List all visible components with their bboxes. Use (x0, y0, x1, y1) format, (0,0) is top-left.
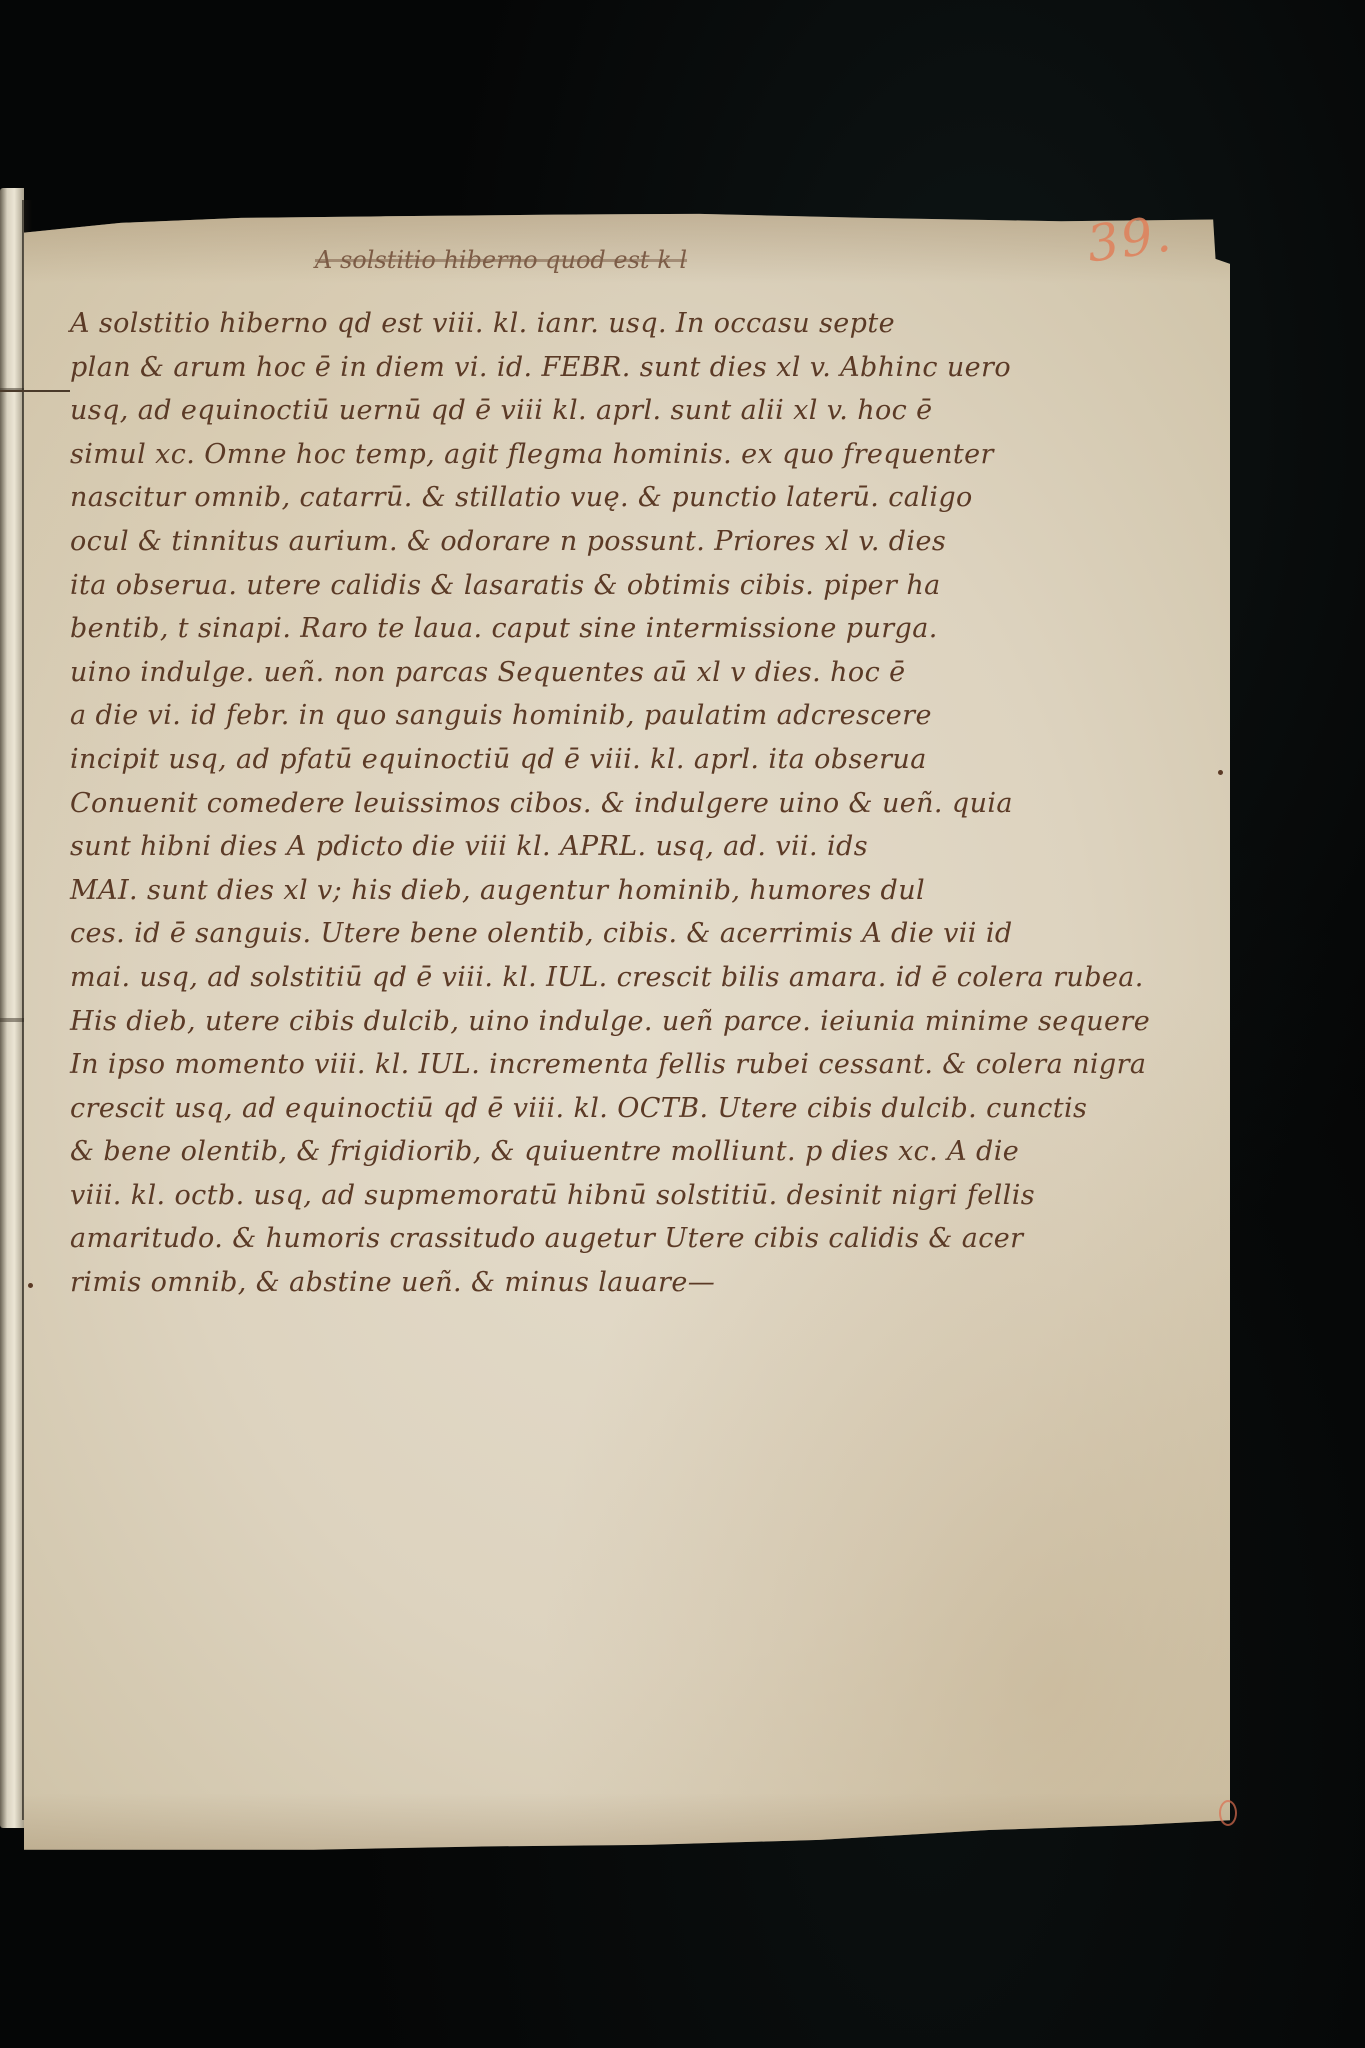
text-line: a die vi. id febr. in quo sanguis homini… (70, 694, 1210, 738)
margin-line-marker (0, 390, 70, 392)
text-line: bentib, t sinapi. Raro te laua. caput si… (70, 607, 1210, 651)
text-line: ces. id ē sanguis. Utere bene olentib, c… (70, 912, 1210, 956)
manuscript-text: A solstitio hiberno qd est viii. kl. ian… (70, 302, 1210, 1305)
text-line: rimis omnib, & abstine ueñ. & minus laua… (70, 1261, 1210, 1305)
text-line: A solstitio hiberno qd est viii. kl. ian… (70, 302, 1210, 346)
text-line: nascitur omnib, catarrū. & stillatio vuę… (70, 476, 1210, 520)
text-line: mai. usq, ad solstitiū qd ē viii. kl. IU… (70, 956, 1210, 1000)
text-line: Conuenit comedere leuissimos cibos. & in… (70, 782, 1210, 826)
text-line: simul xc. Omne hoc temp, agit flegma hom… (70, 433, 1210, 477)
text-line: incipit usq, ad pfatū equinoctiū qd ē vi… (70, 738, 1210, 782)
text-line: amaritudo. & humoris crassitudo augetur … (70, 1217, 1210, 1261)
text-line: & bene olentib, & frigidiorib, & quiuent… (70, 1130, 1210, 1174)
text-line: viii. kl. octb. usq, ad supmemoratū hibn… (70, 1174, 1210, 1218)
library-stamp-icon (1219, 1800, 1237, 1826)
binding-edge (0, 188, 24, 1828)
margin-dot (28, 1283, 33, 1288)
text-line: ocul & tinnitus aurium. & odorare n poss… (70, 520, 1210, 564)
folio-number: 39. (1083, 204, 1176, 273)
text-line: usq, ad equinoctiū uernū qd ē viii kl. a… (70, 389, 1210, 433)
text-line: His dieb, utere cibis dulcib, uino indul… (70, 1000, 1210, 1044)
text-line: uino indulge. ueñ. non parcas Sequentes … (70, 651, 1210, 695)
text-line: crescit usq, ad equinoctiū qd ē viii. kl… (70, 1087, 1210, 1131)
text-line: plan & arum hoc ē in diem vi. id. FEBR. … (70, 346, 1210, 390)
text-line: In ipso momento viii. kl. IUL. increment… (70, 1043, 1210, 1087)
text-line: sunt hibni dies A pdicto die viii kl. AP… (70, 825, 1210, 869)
text-line: ita obserua. utere calidis & lasaratis &… (70, 564, 1210, 608)
crossed-out-heading: A solstitio hiberno quod est k l (315, 246, 687, 274)
margin-dot (1218, 770, 1223, 775)
text-line: MAI. sunt dies xl v; his dieb, augentur … (70, 869, 1210, 913)
